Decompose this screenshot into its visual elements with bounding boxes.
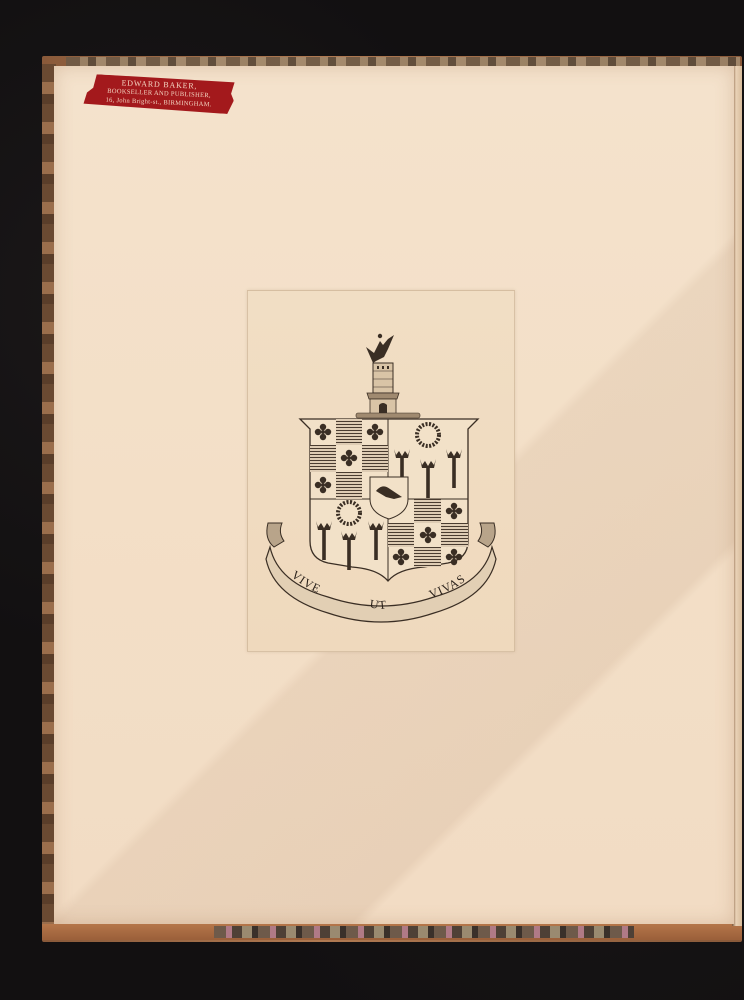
crest-bird-on-tower-icon [356, 334, 420, 418]
marbled-bottom-edge [214, 926, 634, 938]
svg-text:UT: UT [369, 597, 388, 613]
armorial-bookplate: VIVE UT VIVAS [247, 290, 515, 652]
shield-icon [300, 419, 478, 581]
coat-of-arms-icon: VIVE UT VIVAS [248, 291, 514, 651]
